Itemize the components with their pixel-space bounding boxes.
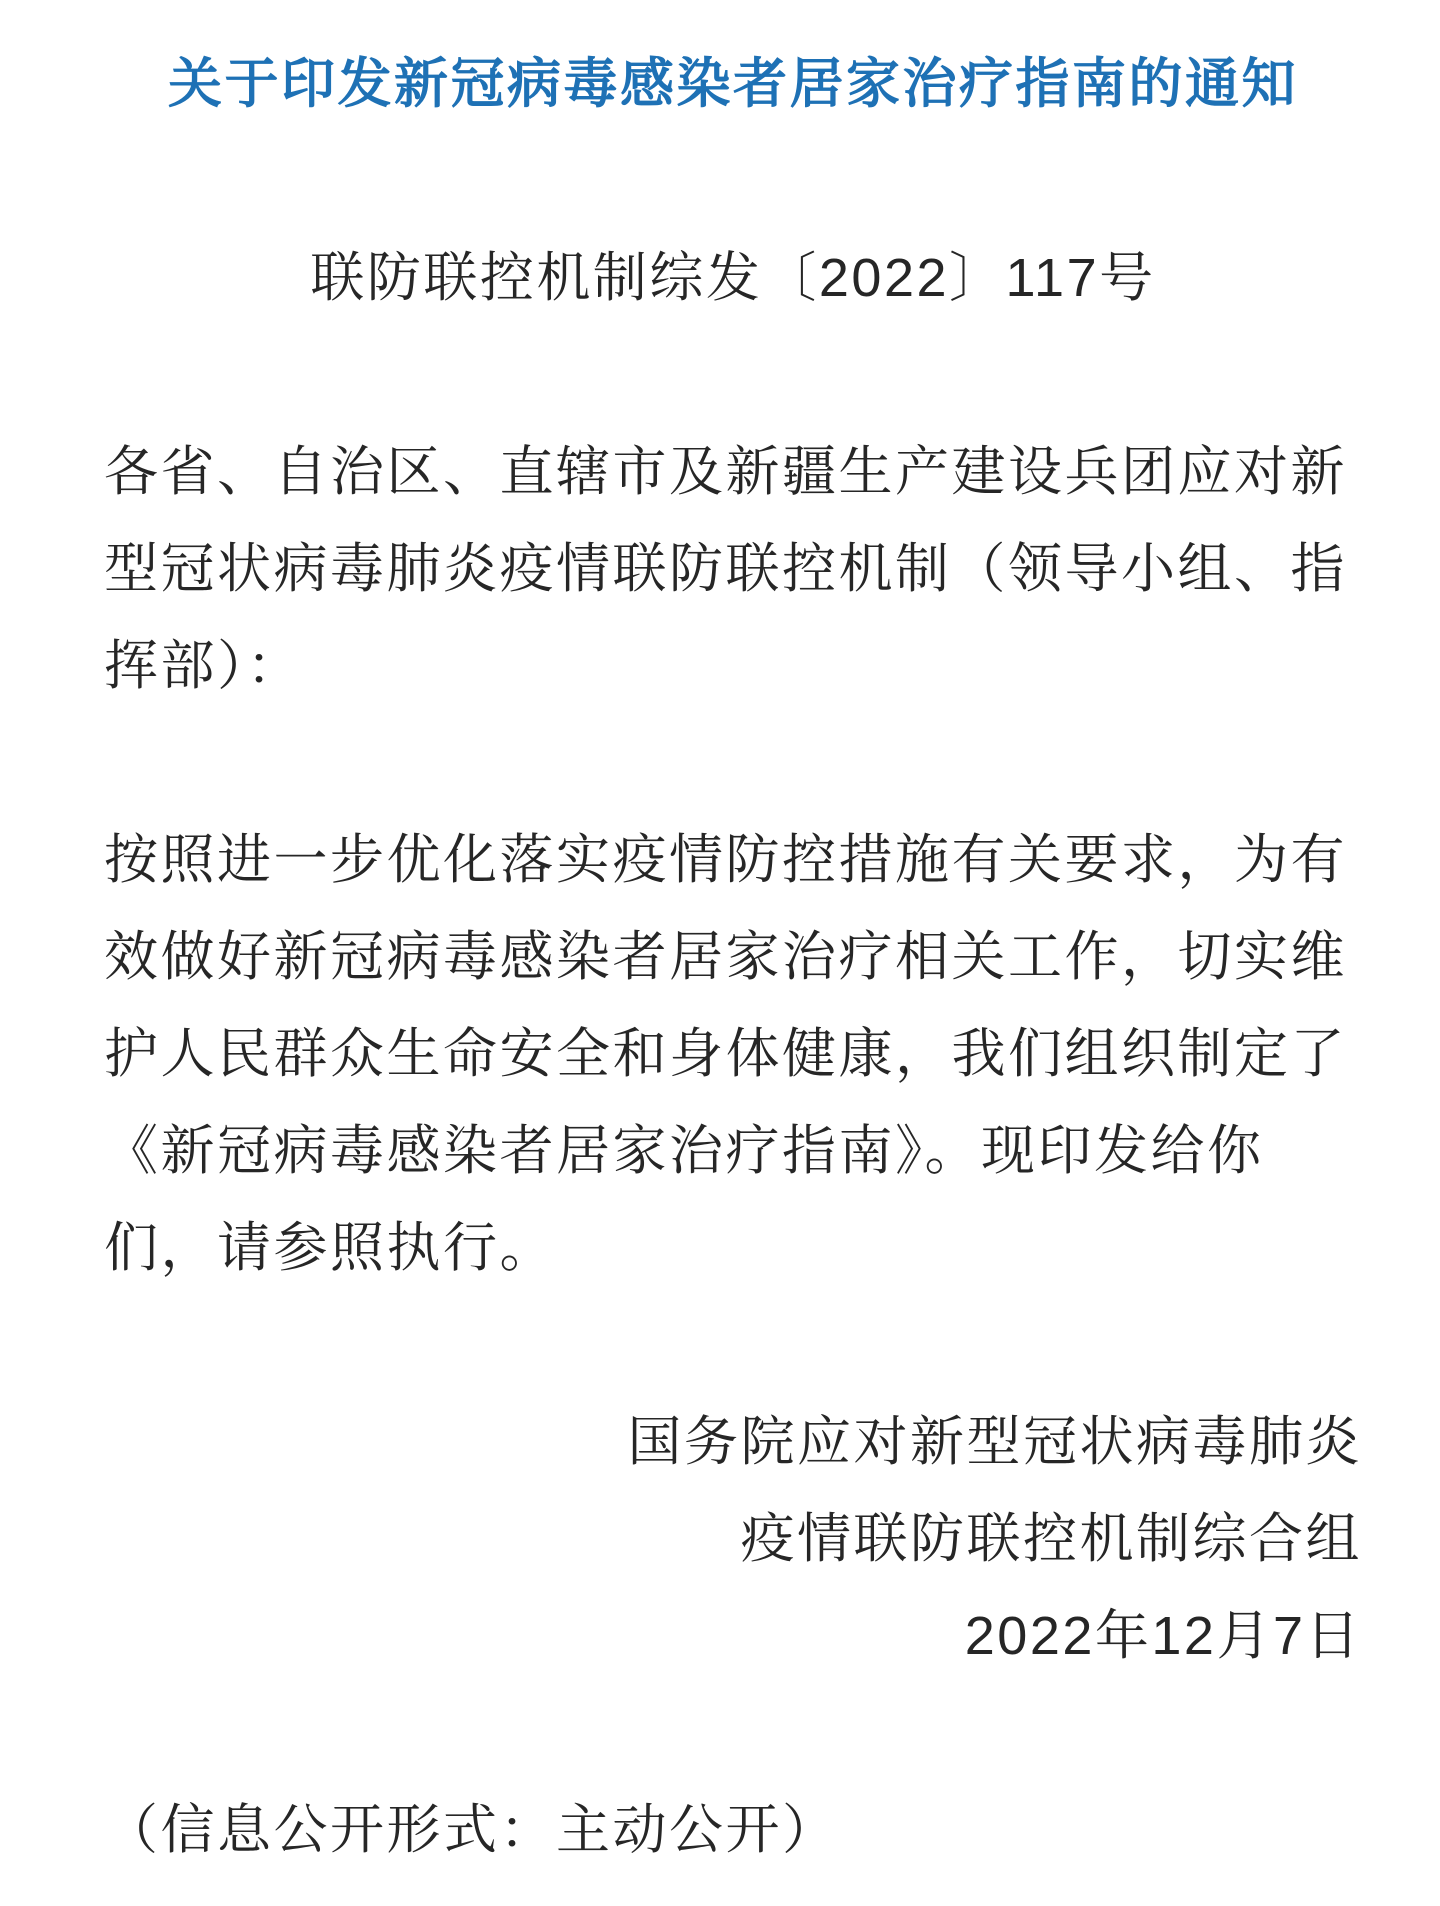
text-line: 挥部）： (104, 618, 1362, 715)
notice-document: 关于印发新冠病毒感染者居家治疗指南的通知 联防联控机制综发〔2022〕117号 … (0, 0, 1440, 1906)
text-line: 型冠状病毒肺炎疫情联防联控机制（领导小组、指 (104, 521, 1362, 618)
signature-org-line: 疫情联防联控机制综合组 (104, 1491, 1362, 1588)
text-line: 护人民群众生命安全和身体健康，我们组织制定了 (104, 1006, 1362, 1103)
text-line: 按照进一步优化落实疫情防控措施有关要求，为有 (104, 812, 1362, 909)
text-line: 们，请参照执行。 (104, 1200, 1362, 1297)
disclosure-note: （信息公开形式：主动公开） (104, 1782, 1362, 1879)
signature-date: 2022年12月7日 (104, 1588, 1362, 1685)
signature-block: 国务院应对新型冠状病毒肺炎 疫情联防联控机制综合组 2022年12月7日 (104, 1394, 1362, 1685)
body-paragraph: 按照进一步优化落实疫情防控措施有关要求，为有 效做好新冠病毒感染者居家治疗相关工… (104, 812, 1362, 1297)
text-line: 各省、自治区、直辖市及新疆生产建设兵团应对新 (104, 424, 1362, 521)
addressee-paragraph: 各省、自治区、直辖市及新疆生产建设兵团应对新 型冠状病毒肺炎疫情联防联控机制（领… (104, 424, 1362, 715)
document-number: 联防联控机制综发〔2022〕117号 (104, 230, 1362, 327)
notice-title: 关于印发新冠病毒感染者居家治疗指南的通知 (104, 36, 1362, 133)
text-line: 效做好新冠病毒感染者居家治疗相关工作，切实维 (104, 909, 1362, 1006)
signature-org-line: 国务院应对新型冠状病毒肺炎 (104, 1394, 1362, 1491)
text-line: 《新冠病毒感染者居家治疗指南》。现印发给你 (104, 1103, 1362, 1200)
